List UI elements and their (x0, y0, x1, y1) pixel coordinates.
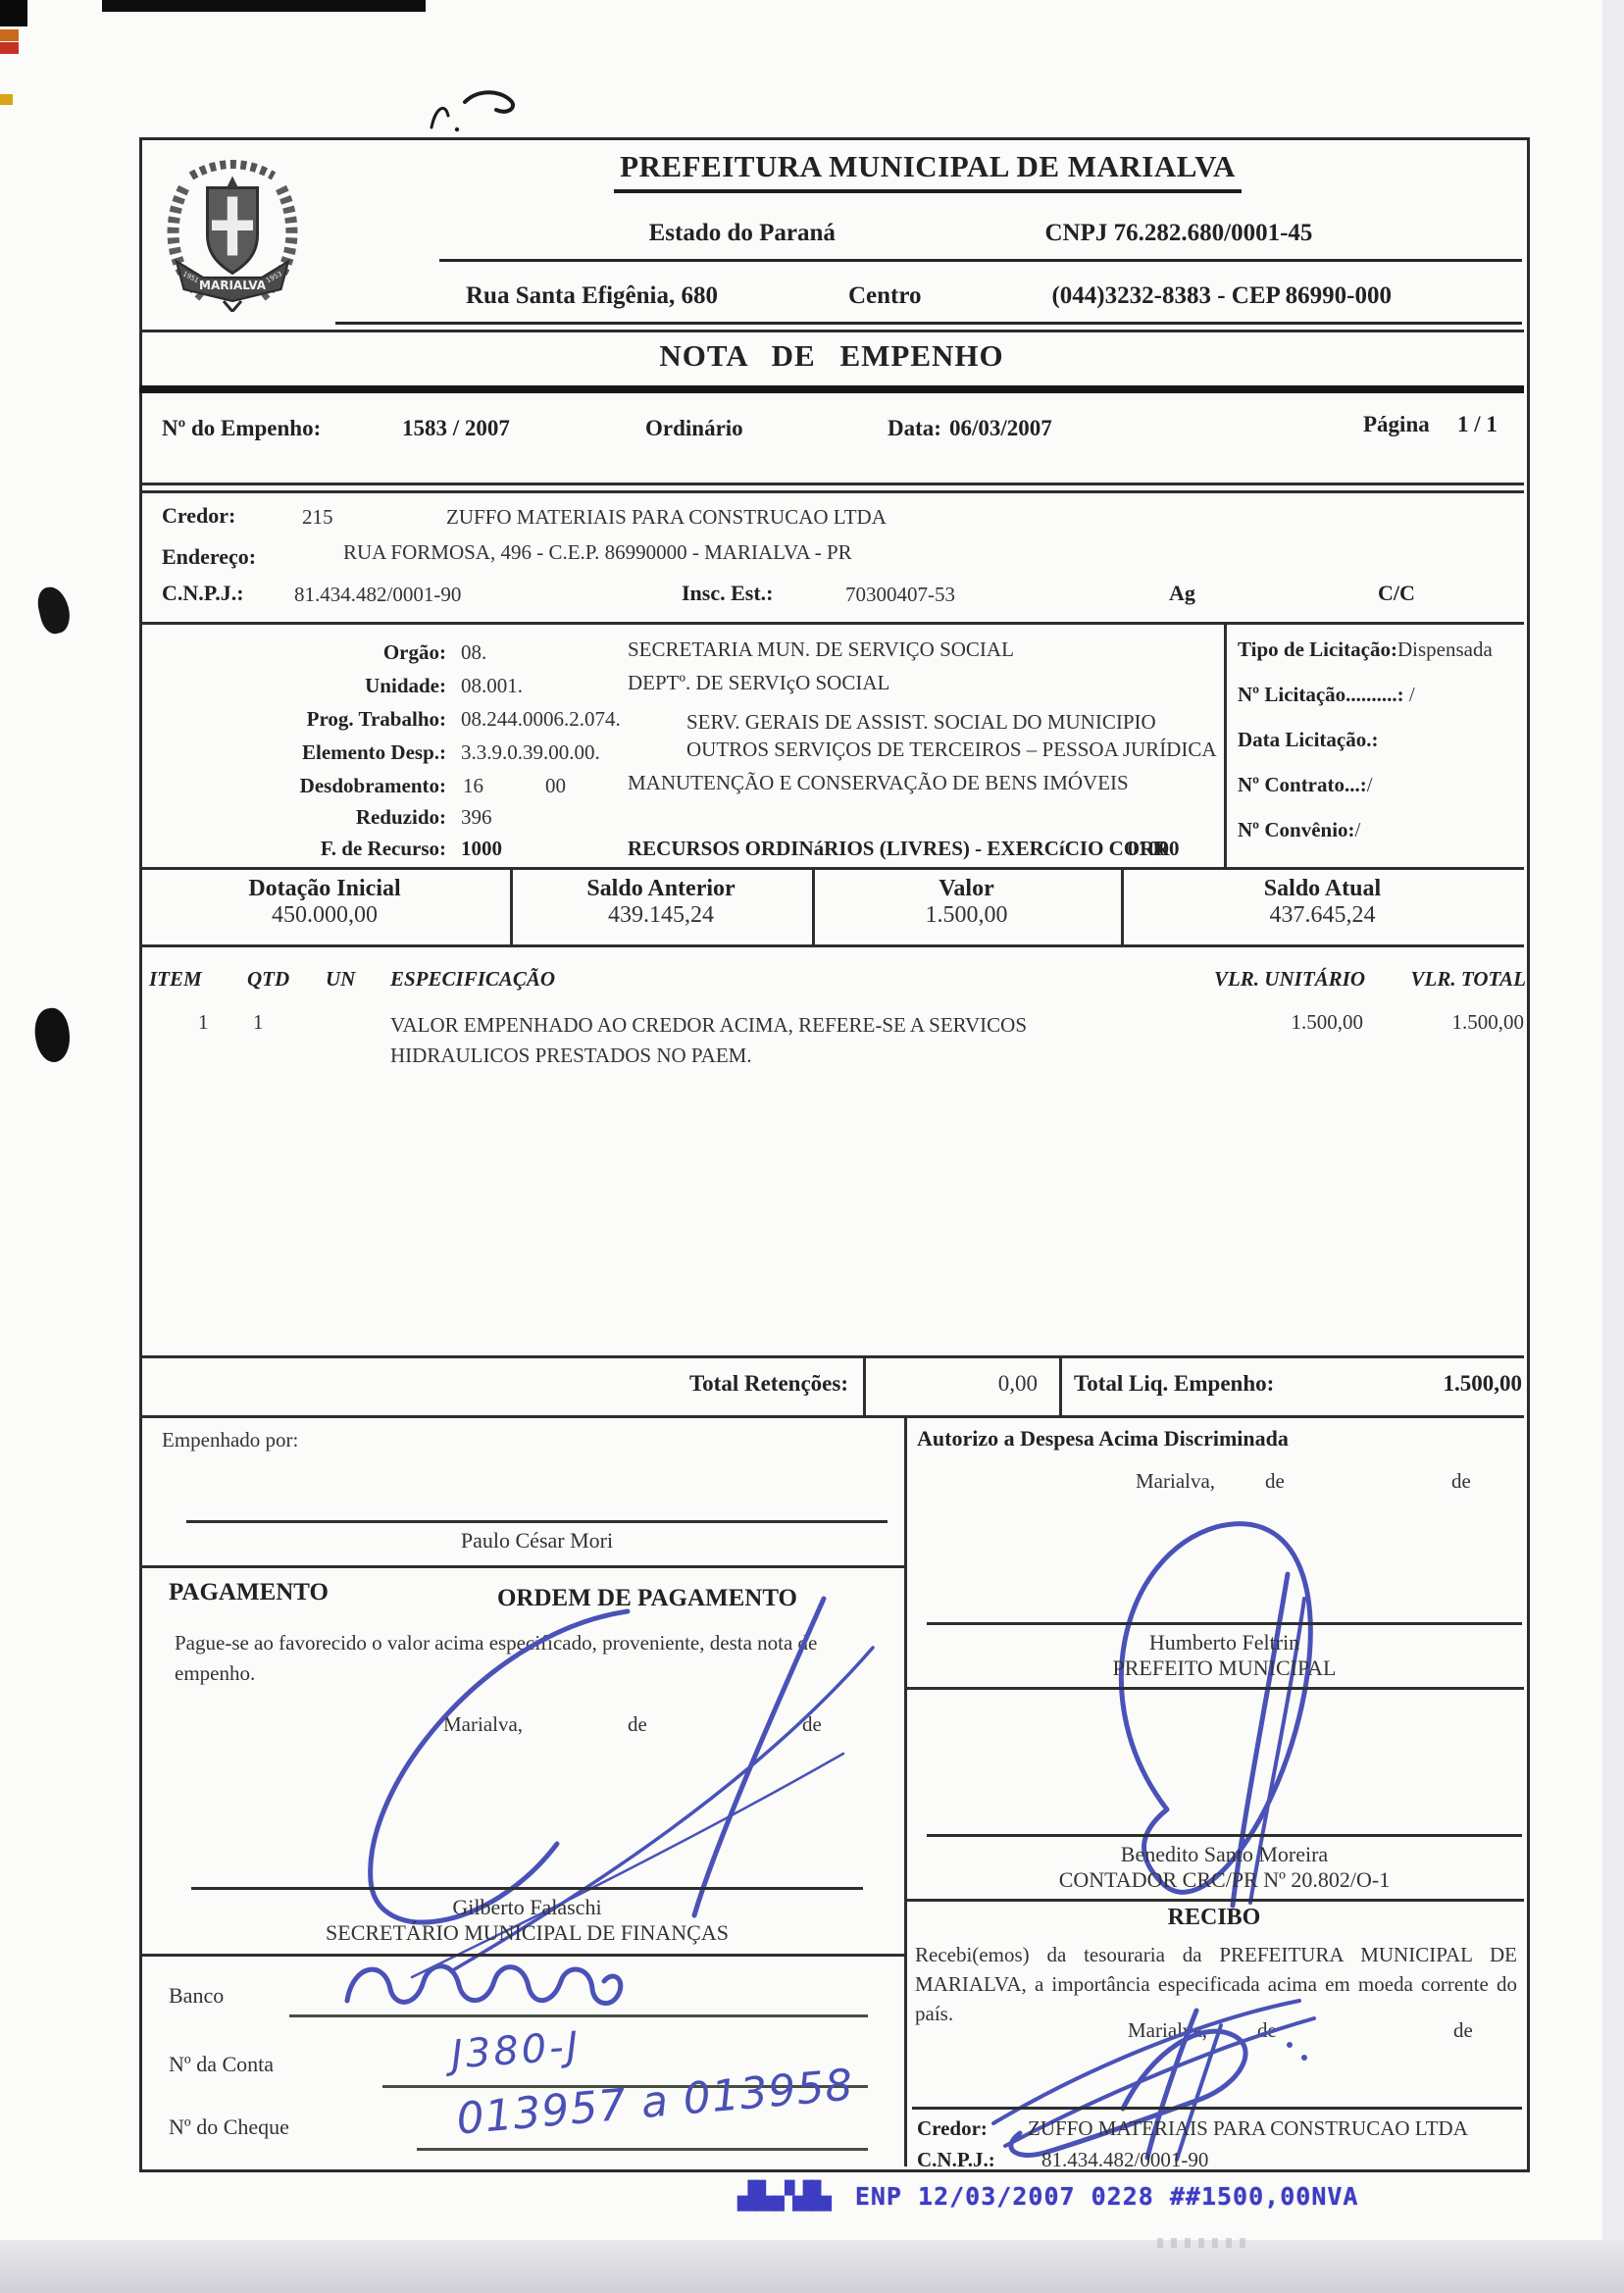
machine-stamp: ▟▙▞▟▙ ENP 12/03/2007 0228 ##1500,00NVA (737, 2181, 1358, 2212)
contador-nome: Benedito Santo Moreira (927, 1842, 1522, 1867)
total-retencoes-label: Total Retenções: (549, 1371, 848, 1397)
orgao-desc: SECRETARIA MUN. DE SERVIÇO SOCIAL (628, 637, 1014, 662)
secretario-cargo: SECRETÁRIO MUNICIPAL DE FINANÇAS (191, 1920, 863, 1946)
assinatura-linha (927, 1622, 1522, 1625)
hole-punch-mark (30, 1005, 74, 1064)
prog-trabalho-label: Prog. Trabalho: (147, 707, 446, 732)
f-recurso-cod2: 01000 (1128, 837, 1180, 861)
desdobramento-desc: MANUTENÇÃO E CONSERVAÇÃO DE BENS IMÓVEIS (628, 771, 1129, 795)
f-recurso-cod: 1000 (461, 837, 502, 861)
item-num: 1 (198, 1010, 209, 1035)
recibo-cnpj-label: C.N.P.J.: (917, 2148, 995, 2172)
dateline-cidade: Marialva, (1128, 2018, 1207, 2043)
conta-handwriting: J380-J (450, 2023, 583, 2077)
credor-nome: ZUFFO MATERIAIS PARA CONSTRUCAO LTDA (446, 505, 887, 530)
address-street: Rua Santa Efigênia, 680 (466, 282, 718, 322)
stamp-logo-glyph: ▟▙▞▟▙ (737, 2181, 830, 2212)
municipal-coat-of-arms-logo: MARIALVA 1951 1953 (159, 149, 306, 312)
elemento-desp-desc: OUTROS SERVIÇOS DE TERCEIROS – PESSOA JU… (686, 738, 1217, 762)
assinatura-linha (191, 1887, 863, 1890)
cheque-label: Nº do Cheque (169, 2115, 289, 2140)
bottom-margin-band (0, 2240, 1624, 2293)
dotacao-inicial-valor: 450.000,00 (139, 902, 510, 929)
prog-trabalho-desc: SERV. GERAIS DE ASSIST. SOCIAL DO MUNICI… (686, 710, 1156, 735)
item-espec-linha1: VALOR EMPENHADO AO CREDOR ACIMA, REFERE-… (390, 1010, 1155, 1041)
cnpj-label: C.N.P.J.: (162, 581, 244, 606)
dateline-cidade: Marialva, (1136, 1469, 1215, 1494)
color-strip-red (0, 42, 19, 54)
num-convenio-valor: / (1355, 818, 1361, 841)
desdobramento-label: Desdobramento: (147, 774, 446, 798)
color-strip-orange (0, 29, 19, 41)
empenhado-nome: Paulo César Mori (186, 1528, 888, 1554)
ordem-pagamento-titulo: ORDEM DE PAGAMENTO (412, 1585, 883, 1612)
empenho-tipo: Ordinário (645, 416, 743, 441)
credor-label: Credor: (162, 503, 235, 529)
saldo-atual-cell: Saldo Atual 437.645,24 (1121, 876, 1524, 929)
item-vlr-total: 1.500,00 (1378, 1010, 1524, 1035)
item-qtd: 1 (253, 1010, 264, 1035)
prefeito-cargo: PREFEITO MUNICIPAL (927, 1656, 1522, 1681)
f-recurso-desc: RECURSOS ORDINáRIOS (LIVRES) - EXERCíCIO… (628, 837, 1170, 861)
col-un: UN (326, 967, 355, 992)
item-espec-linha2: HIDRAULICOS PRESTADOS NO PAEM. (390, 1041, 1155, 1071)
color-strip-yellow (0, 94, 13, 105)
col-qtd: QTD (247, 967, 289, 992)
num-licitacao-label: Nº Licitação..........: (1238, 683, 1404, 706)
valor-cell: Valor 1.500,00 (812, 876, 1121, 929)
orgao-cod: 08. (461, 640, 486, 665)
header-address-row: Rua Santa Efigênia, 680 Centro (044)3232… (335, 282, 1522, 325)
cc-label: C/C (1378, 581, 1415, 606)
elemento-desp-cod: 3.3.9.0.39.00.00. (461, 740, 600, 765)
right-margin-band (1602, 0, 1624, 2293)
orgao-label: Orgão: (147, 640, 446, 665)
hole-punch-mark (34, 584, 75, 637)
saldo-atual-valor: 437.645,24 (1121, 902, 1524, 929)
empenho-data-label: Data: (888, 416, 941, 441)
address-district: Centro (848, 282, 922, 322)
recibo-texto: Recebi(emos) da tesouraria da PREFEITURA… (915, 1940, 1517, 2028)
prefeito-nome: Humberto Feltrin (927, 1630, 1522, 1656)
total-retencoes-valor: 0,00 (912, 1371, 1038, 1397)
reduzido-valor: 396 (461, 805, 492, 830)
saldo-anterior-valor: 439.145,24 (510, 902, 812, 929)
valor-valor: 1.500,00 (812, 902, 1121, 929)
insc-est-valor: 70300407-53 (845, 583, 955, 607)
ag-label: Ag (1169, 581, 1195, 606)
data-licitacao-label: Data Licitação.: (1238, 728, 1378, 751)
empenho-numero-label: Nº do Empenho: (162, 416, 321, 441)
dateline-de: de (1265, 1469, 1285, 1494)
dateline-cidade: Marialva, (443, 1712, 523, 1737)
col-especificacao: ESPECIFICAÇÃO (390, 967, 555, 992)
saldo-anterior-label: Saldo Anterior (510, 876, 812, 902)
header-cnpj: CNPJ 76.282.680/0001-45 (1045, 220, 1313, 259)
empenhado-por-label: Empenhado por: (162, 1428, 298, 1452)
page-title: PREFEITURA MUNICIPAL DE MARIALVA (614, 149, 1242, 193)
empenho-numero: 1583 / 2007 (402, 416, 510, 441)
tipo-licitacao-valor: Dispensada (1397, 637, 1493, 661)
desdobramento-cod: 16 (463, 774, 483, 798)
header-state-cnpj-row: Estado do Paraná CNPJ 76.282.680/0001-45 (439, 220, 1522, 262)
pagamento-titulo: PAGAMENTO (169, 1579, 329, 1606)
stamp-text: ENP 12/03/2007 0228 ##1500,00NVA (855, 2182, 1359, 2211)
recibo-titulo: RECIBO (904, 1905, 1524, 1931)
dateline-de: de (1451, 1469, 1471, 1494)
col-vlr-unitario: VLR. UNITÁRIO (1167, 967, 1365, 992)
empenho-data: 06/03/2007 (949, 416, 1052, 441)
contador-cargo: CONTADOR CRC/PR Nº 20.802/O-1 (927, 1867, 1522, 1893)
banco-label: Banco (169, 1983, 224, 2009)
unidade-label: Unidade: (147, 674, 446, 698)
insc-est-label: Insc. Est.: (682, 581, 774, 606)
num-contrato-label: Nº Contrato...: (1238, 773, 1367, 796)
recibo-credor-label: Credor: (917, 2116, 988, 2141)
num-licitacao-valor: / (1404, 683, 1415, 706)
elemento-desp-label: Elemento Desp.: (147, 740, 446, 765)
cheque-linha (417, 2148, 868, 2151)
pencil-artifact (1157, 2238, 1245, 2248)
num-contrato-valor: / (1367, 773, 1373, 796)
tipo-licitacao-label: Tipo de Licitação: (1238, 637, 1397, 661)
pagina-label: Página (1363, 412, 1430, 437)
dateline-de: de (1257, 2018, 1277, 2043)
bottom-column-divider (904, 1415, 907, 2166)
pague-se-texto: Pague-se ao favorecido o valor acima esp… (175, 1628, 832, 1689)
licitacao-divider (1224, 622, 1227, 867)
scan-edge-black-square (0, 0, 27, 26)
unidade-desc: DEPTº. DE SERVIçO SOCIAL (628, 671, 889, 695)
saldo-atual-label: Saldo Atual (1121, 876, 1524, 902)
pagina-valor: 1 / 1 (1457, 412, 1497, 437)
col-item: ITEM (149, 967, 202, 992)
recibo-cnpj-valor: 81.434.482/0001-90 (1041, 2148, 1208, 2172)
prog-trabalho-cod: 08.244.0006.2.074. (461, 707, 621, 732)
scanned-nota-de-empenho: MARIALVA 1951 1953 PREFEITURA MUNICIPAL … (0, 0, 1624, 2293)
dotacao-inicial-cell: Dotação Inicial 450.000,00 (139, 876, 510, 929)
doc-title: NOTA DE EMPENHO (139, 338, 1524, 374)
item-vlr-unitario: 1.500,00 (1167, 1010, 1363, 1035)
recibo-credor-valor: ZUFFO MATERIAIS PARA CONSTRUCAO LTDA (1028, 2116, 1468, 2141)
saldo-anterior-cell: Saldo Anterior 439.145,24 (510, 876, 812, 929)
banco-linha (289, 2014, 868, 2017)
desdobramento-cod2: 00 (545, 774, 566, 798)
svg-text:MARIALVA: MARIALVA (199, 279, 267, 292)
total-liq-valor: 1.500,00 (1373, 1371, 1522, 1397)
dateline-de: de (1453, 2018, 1473, 2043)
credor-codigo: 215 (302, 505, 333, 530)
recibo-linha (912, 2107, 1522, 2110)
assinatura-linha (186, 1520, 888, 1523)
endereco-label: Endereço: (162, 544, 256, 570)
dotacao-inicial-label: Dotação Inicial (139, 876, 510, 902)
reduzido-label: Reduzido: (147, 805, 446, 830)
secretario-nome: Gilberto Falaschi (191, 1895, 863, 1920)
unidade-cod: 08.001. (461, 674, 523, 698)
dateline-de: de (802, 1712, 822, 1737)
col-vlr-total: VLR. TOTAL (1378, 967, 1526, 992)
address-phone-cep: (044)3232-8383 - CEP 86990-000 (1051, 282, 1392, 322)
autorizo-titulo: Autorizo a Despesa Acima Discriminada (917, 1426, 1289, 1452)
assinatura-linha (927, 1834, 1522, 1837)
dateline-de: de (628, 1712, 647, 1737)
cnpj-valor: 81.434.482/0001-90 (294, 583, 461, 607)
valor-label: Valor (812, 876, 1121, 902)
conta-label: Nº da Conta (169, 2052, 274, 2077)
endereco-valor: RUA FORMOSA, 496 - C.E.P. 86990000 - MAR… (343, 540, 852, 565)
num-convenio-label: Nº Convênio: (1238, 818, 1355, 841)
pen-squiggle-artifact (422, 80, 530, 141)
total-liq-label: Total Liq. Empenho: (1074, 1371, 1274, 1397)
f-recurso-label: F. de Recurso: (147, 837, 446, 861)
scan-edge-top-bar (102, 0, 426, 12)
thick-separator (139, 385, 1524, 393)
state-label: Estado do Paraná (649, 220, 836, 259)
